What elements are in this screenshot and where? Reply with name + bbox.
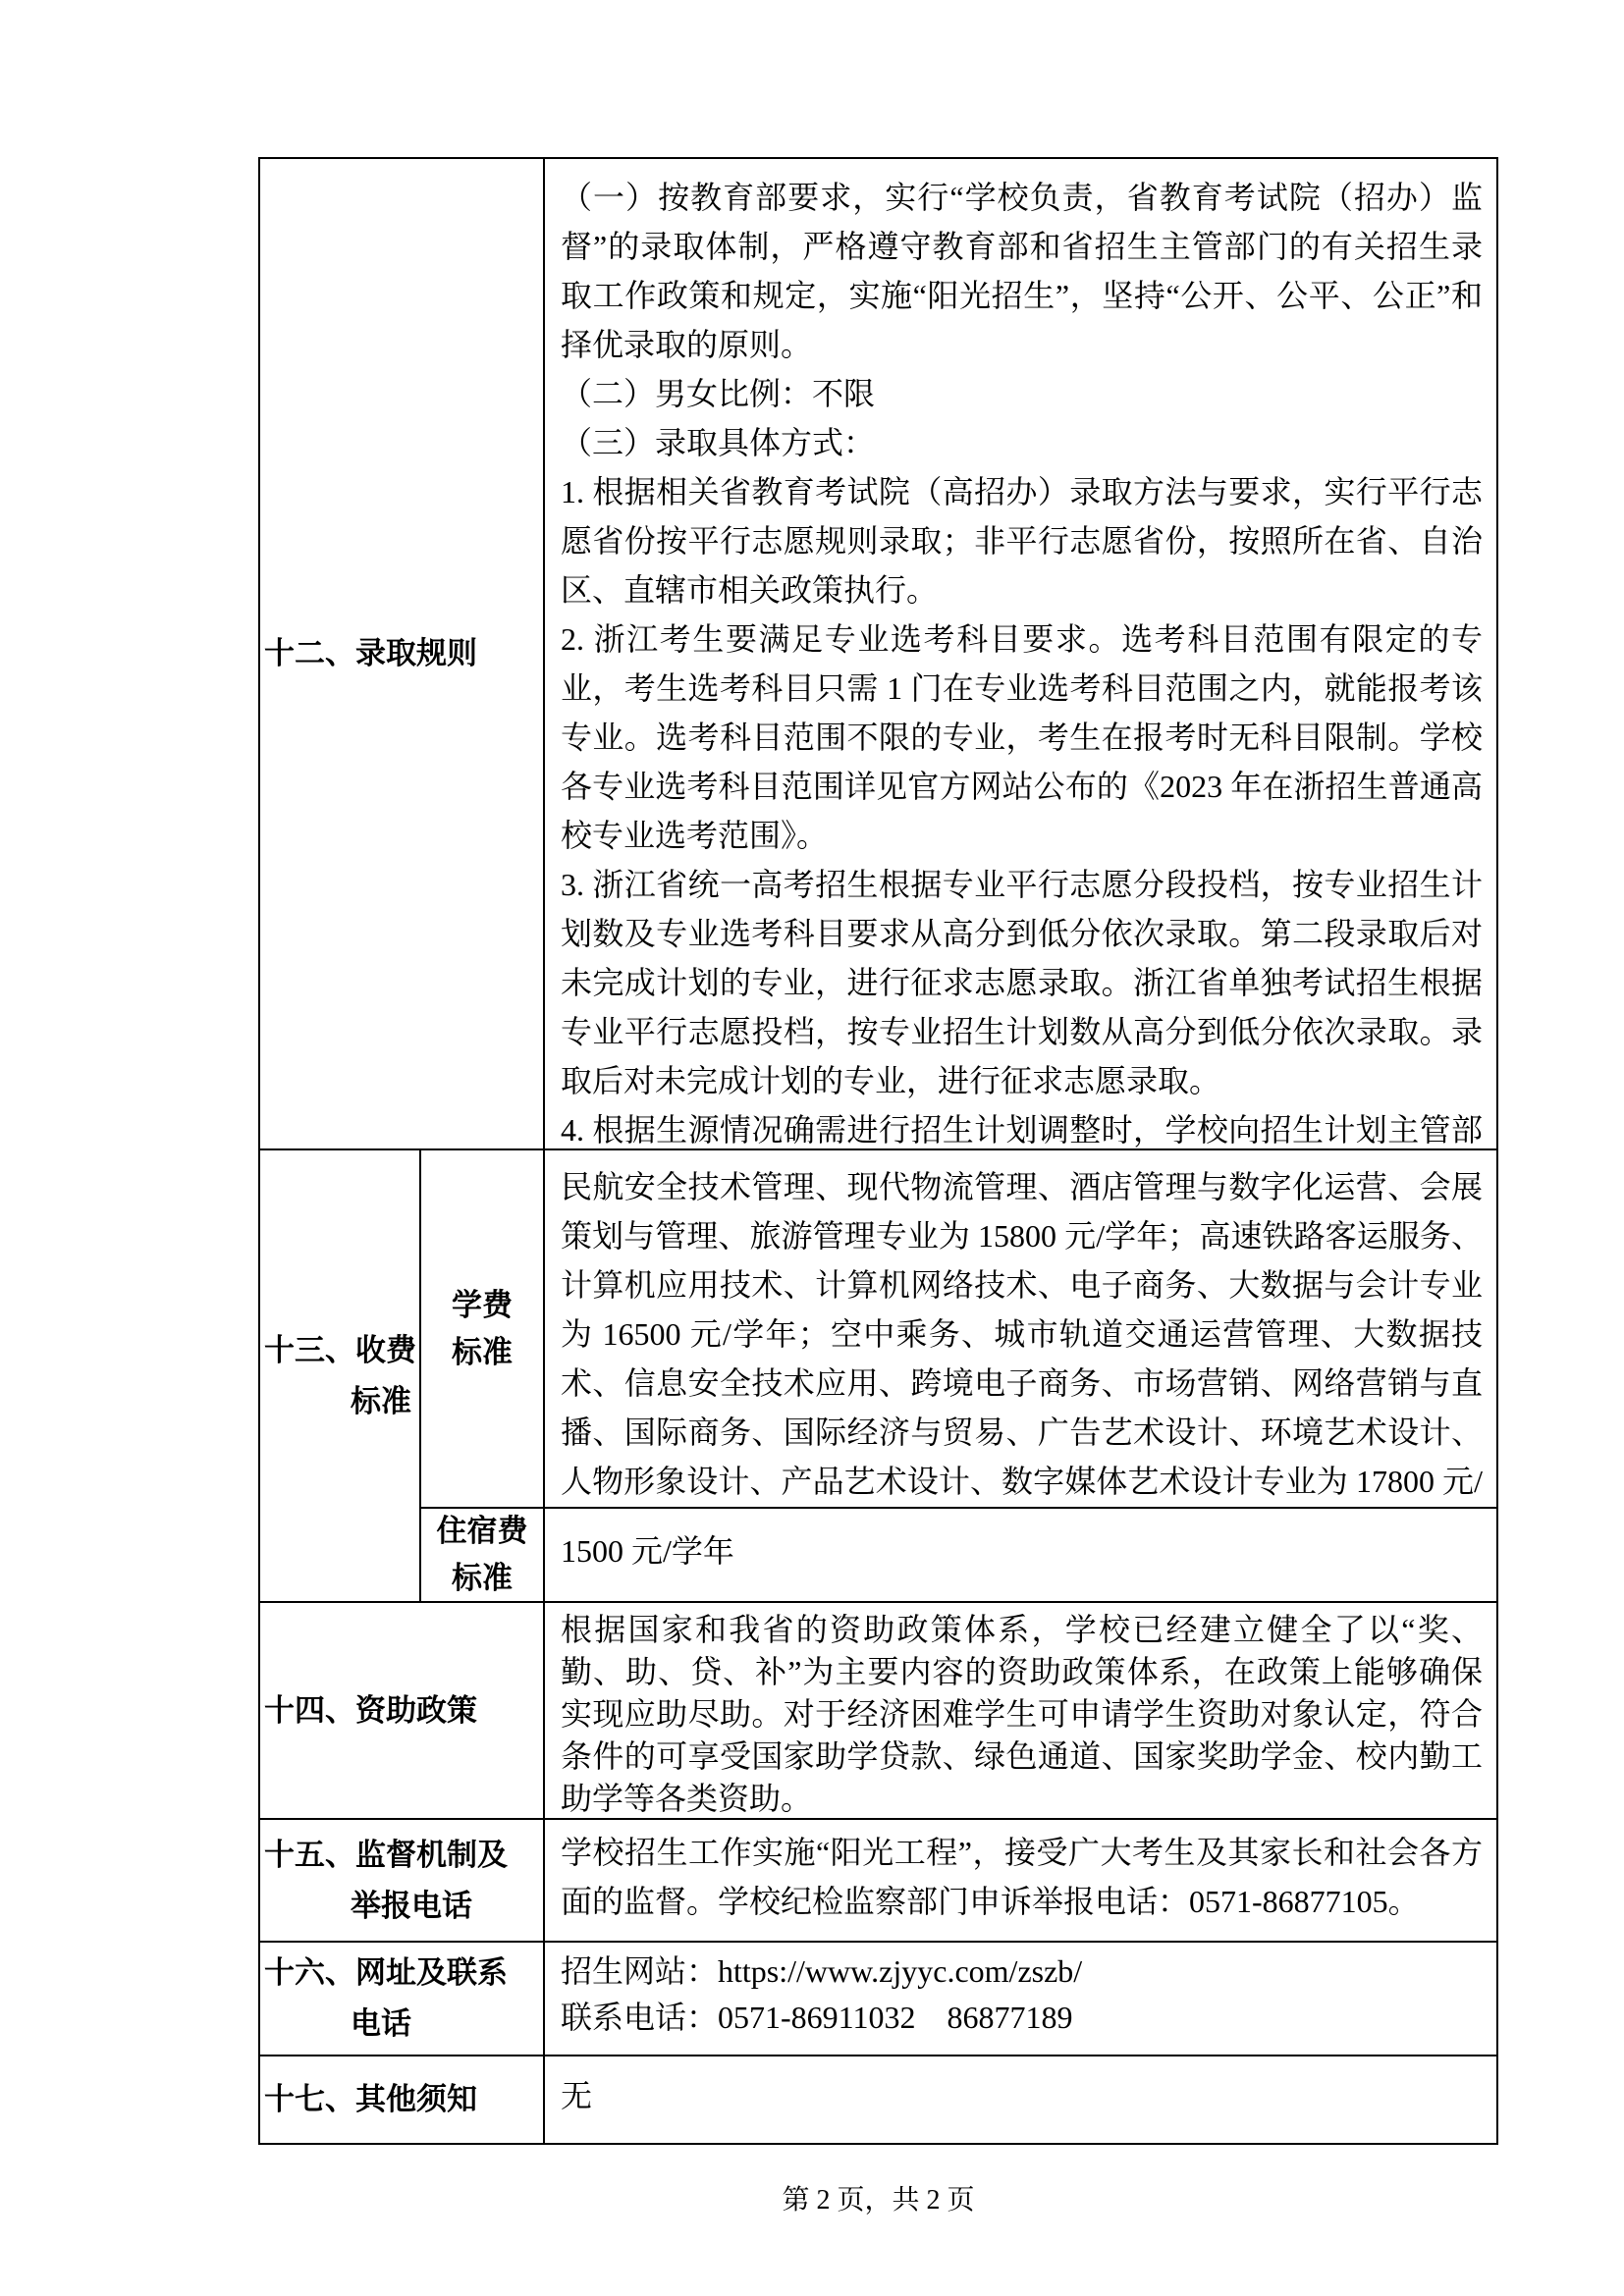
table-row-other-notes: 十七、其他须知 无: [260, 2055, 1496, 2143]
tuition-content-cell: 民航安全技术管理、现代物流管理、酒店管理与数字化运营、会展策划与管理、旅游管理专…: [545, 1150, 1496, 1507]
row17-label: 十七、其他须知: [264, 2074, 543, 2125]
row17-label-cell: 十七、其他须知: [260, 2056, 545, 2143]
tuition-label-cell: 学费 标准: [421, 1150, 545, 1507]
table-row-admission-rules: 十二、录取规则 （一）按教育部要求，实行“学校负责，省教育考试院（招办）监督”的…: [260, 159, 1496, 1148]
subrow-accommodation-fee: 住宿费 标准 1500 元/学年: [421, 1507, 1496, 1601]
row13-label-line2: 标准: [264, 1376, 419, 1427]
row16-label-line1: 十六、网址及联系: [264, 1948, 543, 1999]
row17-text: 无: [561, 2071, 1483, 2120]
table-row-website-contact: 十六、网址及联系 电话 招生网站：https://www.zjyyc.com/z…: [260, 1941, 1496, 2055]
row12-paragraph-1: （一）按教育部要求，实行“学校负责，省教育考试院（招办）监督”的录取体制，严格遵…: [561, 173, 1483, 369]
row15-text: 学校招生工作实施“阳光工程”，接受广大考生及其家长和社会各方面的监督。学校纪检监…: [561, 1828, 1483, 1926]
subrow-tuition-fee: 学费 标准 民航安全技术管理、现代物流管理、酒店管理与数字化运营、会展策划与管理…: [421, 1150, 1496, 1507]
row15-label-line2: 举报电话: [264, 1881, 543, 1932]
row15-label-line1: 十五、监督机制及: [264, 1830, 543, 1881]
row16-content-cell: 招生网站：https://www.zjyyc.com/zszb/ 联系电话：05…: [545, 1943, 1496, 2055]
row15-label-cell: 十五、监督机制及 举报电话: [260, 1820, 545, 1941]
row12-paragraph-5: 2. 浙江考生要满足专业选考科目要求。选考科目范围有限定的专业，考生选考科目只需…: [561, 614, 1483, 860]
row13-subtable: 学费 标准 民航安全技术管理、现代物流管理、酒店管理与数字化运营、会展策划与管理…: [421, 1150, 1496, 1601]
row12-paragraph-2: （二）男女比例：不限: [561, 369, 1483, 418]
row16-label-line2: 电话: [264, 1999, 543, 2050]
table-row-financial-aid: 十四、资助政策 根据国家和我省的资助政策体系，学校已经建立健全了以“奖、勤、助、…: [260, 1601, 1496, 1818]
admissions-rules-table: 十二、录取规则 （一）按教育部要求，实行“学校负责，省教育考试院（招办）监督”的…: [258, 157, 1498, 2145]
accommodation-content-cell: 1500 元/学年: [545, 1509, 1496, 1601]
document-page: 十二、录取规则 （一）按教育部要求，实行“学校负责，省教育考试院（招办）监督”的…: [0, 0, 1624, 2296]
tuition-text: 民航安全技术管理、现代物流管理、酒店管理与数字化运营、会展策划与管理、旅游管理专…: [561, 1162, 1483, 1507]
admissions-website-line: 招生网站：https://www.zjyyc.com/zszb/: [561, 1949, 1483, 1995]
row12-paragraph-4: 1. 根据相关省教育考试院（高招办）录取方法与要求，实行平行志愿省份按平行志愿规…: [561, 467, 1483, 614]
tuition-label-line2: 标准: [421, 1329, 543, 1376]
table-row-supervision: 十五、监督机制及 举报电话 学校招生工作实施“阳光工程”，接受广大考生及其家长和…: [260, 1818, 1496, 1941]
row16-label-cell: 十六、网址及联系 电话: [260, 1943, 545, 2055]
row12-content-cell: （一）按教育部要求，实行“学校负责，省教育考试院（招办）监督”的录取体制，严格遵…: [545, 159, 1496, 1148]
row12-paragraph-6: 3. 浙江省统一高考招生根据专业平行志愿分段投档，按专业招生计划数及专业选考科目…: [561, 860, 1483, 1105]
row14-label: 十四、资助政策: [264, 1685, 543, 1736]
row12-paragraph-3: （三）录取具体方式：: [561, 418, 1483, 467]
page-number: 第 2 页，共 2 页: [258, 2181, 1498, 2220]
row14-content-cell: 根据国家和我省的资助政策体系，学校已经建立健全了以“奖、勤、助、贷、补”为主要内…: [545, 1603, 1496, 1818]
tuition-label-line1: 学费: [421, 1282, 543, 1329]
row14-label-cell: 十四、资助政策: [260, 1603, 545, 1818]
accommodation-label-line1: 住宿费: [421, 1508, 543, 1555]
row17-content-cell: 无: [545, 2056, 1496, 2143]
row12-label: 十二、录取规则: [264, 628, 543, 679]
contact-phone-line: 联系电话：0571-86911032 86877189: [561, 1995, 1483, 2041]
row13-label-cell: 十三、收费 标准: [260, 1150, 421, 1601]
row12-paragraph-7: 4. 根据生源情况确需进行招生计划调整时，学校向招生计划主管部门及省级招生主管部…: [561, 1105, 1483, 1148]
accommodation-label-cell: 住宿费 标准: [421, 1509, 545, 1601]
row12-label-cell: 十二、录取规则: [260, 159, 545, 1148]
row15-content-cell: 学校招生工作实施“阳光工程”，接受广大考生及其家长和社会各方面的监督。学校纪检监…: [545, 1820, 1496, 1941]
accommodation-text: 1500 元/学年: [561, 1526, 1483, 1575]
accommodation-label-line2: 标准: [421, 1555, 543, 1601]
row13-label-line1: 十三、收费: [264, 1325, 419, 1376]
table-row-fee-standards: 十三、收费 标准 学费 标准 民航安全技术管理、现代物流管理、酒店管理与数字化运…: [260, 1148, 1496, 1601]
row14-text: 根据国家和我省的资助政策体系，学校已经建立健全了以“奖、勤、助、贷、补”为主要内…: [561, 1609, 1483, 1818]
